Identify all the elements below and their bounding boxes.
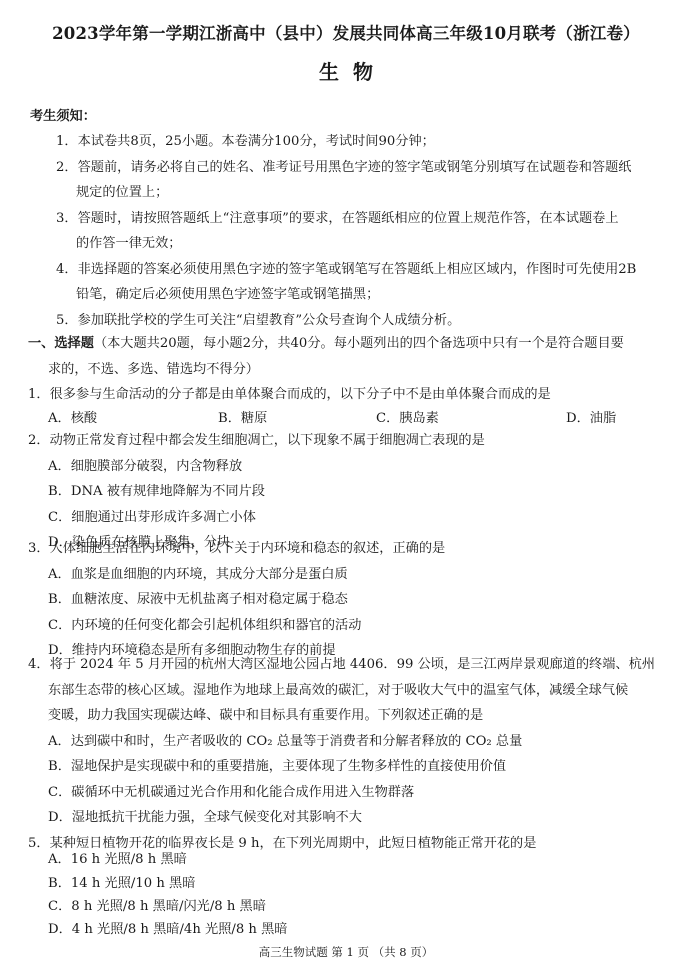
question-number: 5． bbox=[28, 836, 50, 851]
question-4-stem-cont-2: 变暖，助力我国实现碳达峰、碳中和目标具有重要作用。下列叙述正确的是 bbox=[48, 707, 483, 725]
question-number: 3． bbox=[28, 541, 50, 556]
question-text: 动物正常发育过程中都会发生细胞凋亡，以下现象不属于细胞凋亡表现的是 bbox=[50, 433, 485, 448]
section-label: 一、选择题 bbox=[28, 336, 94, 351]
question-number: 1． bbox=[28, 387, 50, 402]
question-number: 4． bbox=[28, 657, 50, 672]
question-4-stem: 4．将于 2024 年 5 月开园的杭州大湾区湿地公园占地 4406．99 公顷… bbox=[28, 656, 655, 674]
notice-item-text: 答题前，请务必将自己的姓名、准考证号用黑色字迹的签字笔或钢笔分别填写在试题卷和答… bbox=[78, 160, 632, 175]
question-5-option-c: C．8 h 光照/8 h 黑暗/闪光/8 h 黑暗 bbox=[48, 898, 266, 916]
question-1-option-a: A．核酸 bbox=[48, 410, 97, 428]
question-1-stem: 1．很多参与生命活动的分子都是由单体聚合而成的，以下分子中不是由单体聚合而成的是 bbox=[28, 386, 551, 404]
notice-item-text: 参加联批学校的学生可关注“启望教育”公众号查询个人成绩分析。 bbox=[78, 313, 461, 328]
subject-title: 生物 bbox=[0, 56, 692, 85]
question-3-option-b: B．血糖浓度、尿液中无机盐离子相对稳定属于稳态 bbox=[48, 591, 348, 609]
notice-heading: 考生须知： bbox=[30, 108, 96, 126]
question-2-option-a: A．细胞膜部分破裂，内含物释放 bbox=[48, 458, 242, 476]
question-4-option-d: D．湿地抵抗干扰能力强，全球气候变化对其影响不大 bbox=[48, 809, 362, 827]
question-text: 人体细胞生活在内环境中，以下关于内环境和稳态的叙述，正确的是 bbox=[50, 541, 446, 556]
question-4-option-c: C．碳循环中无机碳通过光合作用和化能合成作用进入生物群落 bbox=[48, 784, 414, 802]
question-5-option-a: A．16 h 光照/8 h 黑暗 bbox=[48, 851, 187, 869]
notice-item-text: 本试卷共8页，25小题。本卷满分100分，考试时间90分钟； bbox=[78, 134, 435, 149]
notice-item-number: 2． bbox=[56, 160, 78, 175]
question-1-option-b: B．糖原 bbox=[218, 410, 267, 428]
question-4-stem-cont-1: 东部生态带的核心区域。湿地作为地球上最高效的碳汇，对于吸收大气中的温室气体，减缓… bbox=[48, 682, 628, 700]
question-text: 某种短日植物开花的临界夜长是 9 h，在下列光周期中，此短日植物能正常开花的是 bbox=[50, 836, 537, 851]
section-description-cont: 求的，不选、多选、错选均不得分） bbox=[48, 361, 259, 379]
question-text: 将于 2024 年 5 月开园的杭州大湾区湿地公园占地 4406．99 公顷，是… bbox=[50, 657, 655, 672]
question-text: 很多参与生命活动的分子都是由单体聚合而成的，以下分子中不是由单体聚合而成的是 bbox=[50, 387, 551, 402]
notice-item-5: 5．参加联批学校的学生可关注“启望教育”公众号查询个人成绩分析。 bbox=[56, 312, 460, 330]
notice-item-number: 4． bbox=[56, 262, 78, 277]
question-4-option-a: A．达到碳中和时，生产者吸收的 CO₂ 总量等于消费者和分解者释放的 CO₂ 总… bbox=[48, 733, 522, 751]
page-footer: 高三生物试题 第 1 页 （共 8 页） bbox=[0, 944, 692, 960]
question-2-option-b: B．DNA 被有规律地降解为不同片段 bbox=[48, 483, 265, 501]
section-description: （本大题共20题，每小题2分，共40分。每小题列出的四个备选项中只有一个是符合题… bbox=[94, 336, 624, 351]
question-5-option-d: D．4 h 光照/8 h 黑暗/4h 光照/8 h 黑暗 bbox=[48, 921, 287, 939]
notice-item-3: 3．答题时，请按照答题纸上“注意事项”的要求，在答题纸相应的位置上规范作答，在本… bbox=[56, 210, 619, 228]
question-4-option-b: B．湿地保护是实现碳中和的重要措施，主要体现了生物多样性的直接使用价值 bbox=[48, 758, 506, 776]
notice-item-3-cont: 的作答一律无效； bbox=[76, 235, 182, 253]
notice-item-number: 5． bbox=[56, 313, 78, 328]
question-3-option-c: C．内环境的任何变化都会引起机体组织和器官的活动 bbox=[48, 617, 361, 635]
notice-item-2-cont: 规定的位置上； bbox=[76, 184, 168, 202]
question-2-option-c: C．细胞通过出芽形成许多凋亡小体 bbox=[48, 509, 256, 527]
notice-item-2: 2．答题前，请务必将自己的姓名、准考证号用黑色字迹的签字笔或钢笔分别填写在试题卷… bbox=[56, 159, 631, 177]
question-5-option-b: B．14 h 光照/10 h 黑暗 bbox=[48, 875, 195, 893]
notice-item-1: 1．本试卷共8页，25小题。本卷满分100分，考试时间90分钟； bbox=[56, 133, 435, 151]
exam-title: 2023学年第一学期江浙高中（县中）发展共同体高三年级10月联考（浙江卷） bbox=[0, 20, 692, 44]
question-2-stem: 2．动物正常发育过程中都会发生细胞凋亡，以下现象不属于细胞凋亡表现的是 bbox=[28, 432, 485, 450]
notice-item-number: 3． bbox=[56, 211, 78, 226]
notice-item-text: 非选择题的答案必须使用黑色字迹的签字笔或钢笔写在答题纸上相应区域内，作图时可先使… bbox=[78, 262, 637, 277]
exam-page: 2023学年第一学期江浙高中（县中）发展共同体高三年级10月联考（浙江卷） 生物… bbox=[0, 0, 692, 977]
question-number: 2． bbox=[28, 433, 50, 448]
question-1-option-d: D．油脂 bbox=[566, 410, 616, 428]
question-1-option-c: C．胰岛素 bbox=[376, 410, 439, 428]
notice-item-4-cont: 铅笔，确定后必须使用黑色字迹签字笔或钢笔描黑； bbox=[76, 286, 379, 304]
section-header: 一、选择题（本大题共20题，每小题2分，共40分。每小题列出的四个备选项中只有一… bbox=[28, 335, 624, 353]
question-3-stem: 3．人体细胞生活在内环境中，以下关于内环境和稳态的叙述，正确的是 bbox=[28, 540, 445, 558]
notice-item-number: 1． bbox=[56, 134, 78, 149]
notice-item-text: 答题时，请按照答题纸上“注意事项”的要求，在答题纸相应的位置上规范作答，在本试题… bbox=[78, 211, 619, 226]
notice-item-4: 4．非选择题的答案必须使用黑色字迹的签字笔或钢笔写在答题纸上相应区域内，作图时可… bbox=[56, 261, 636, 279]
question-3-option-a: A．血浆是血细胞的内环境，其成分大部分是蛋白质 bbox=[48, 566, 348, 584]
